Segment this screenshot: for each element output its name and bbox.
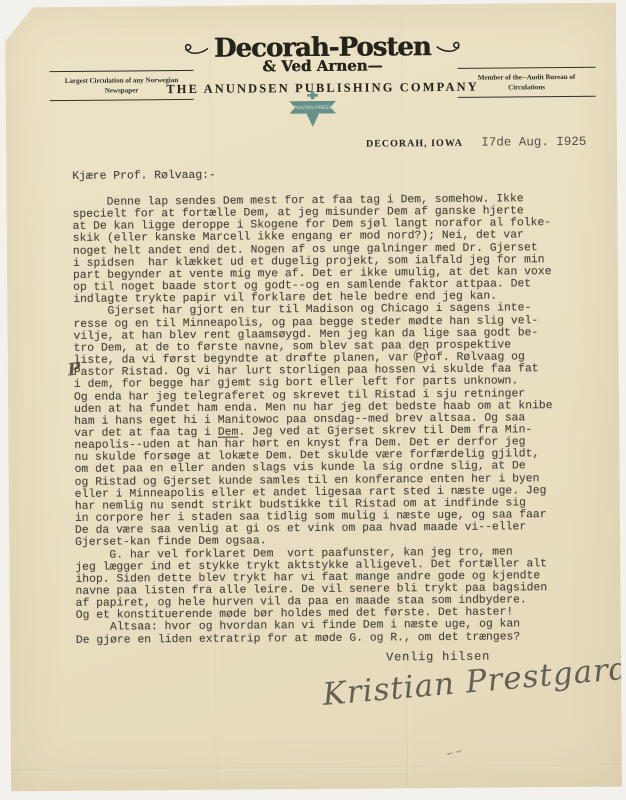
claim-line: Circulations xyxy=(460,82,594,93)
fold-crease-horizontal xyxy=(11,765,622,772)
letter-body: Denne lap sendes Dem mest for at faa tag… xyxy=(72,193,554,647)
typed-date: I7de Aug. I925 xyxy=(481,135,586,150)
masthead-flourish-left-icon xyxy=(181,41,209,57)
claim-line: Newspaper xyxy=(52,85,192,96)
claim-line: Member of the--Audit Bureau of xyxy=(459,72,593,83)
emblem-text: POSTEN PRESS xyxy=(294,105,333,111)
place-label: DECORAH, IOWA xyxy=(366,138,463,150)
letter-paper: Decorah-Posten & Ved Arnen— THE ANUNDSEN… xyxy=(5,3,622,792)
dateline: DECORAH, IOWA I7de Aug. I925 xyxy=(366,132,587,152)
salutation: Kjære Prof. Rølvaag:- xyxy=(72,170,216,183)
posten-press-emblem-icon: POSTEN PRESS xyxy=(288,89,338,131)
closing: Venlig hilsen xyxy=(386,650,490,665)
pencil-marks xyxy=(445,738,466,759)
left-circulation-claim: Largest Circulation of any Norwegian New… xyxy=(49,70,193,101)
claim-line: Largest Circulation of any Norwegian xyxy=(51,75,191,86)
ink-correction-letter: P xyxy=(67,359,82,380)
masthead-flourish-right-icon xyxy=(436,39,464,55)
right-audit-claim: Member of the--Audit Bureau of Circulati… xyxy=(457,67,595,98)
